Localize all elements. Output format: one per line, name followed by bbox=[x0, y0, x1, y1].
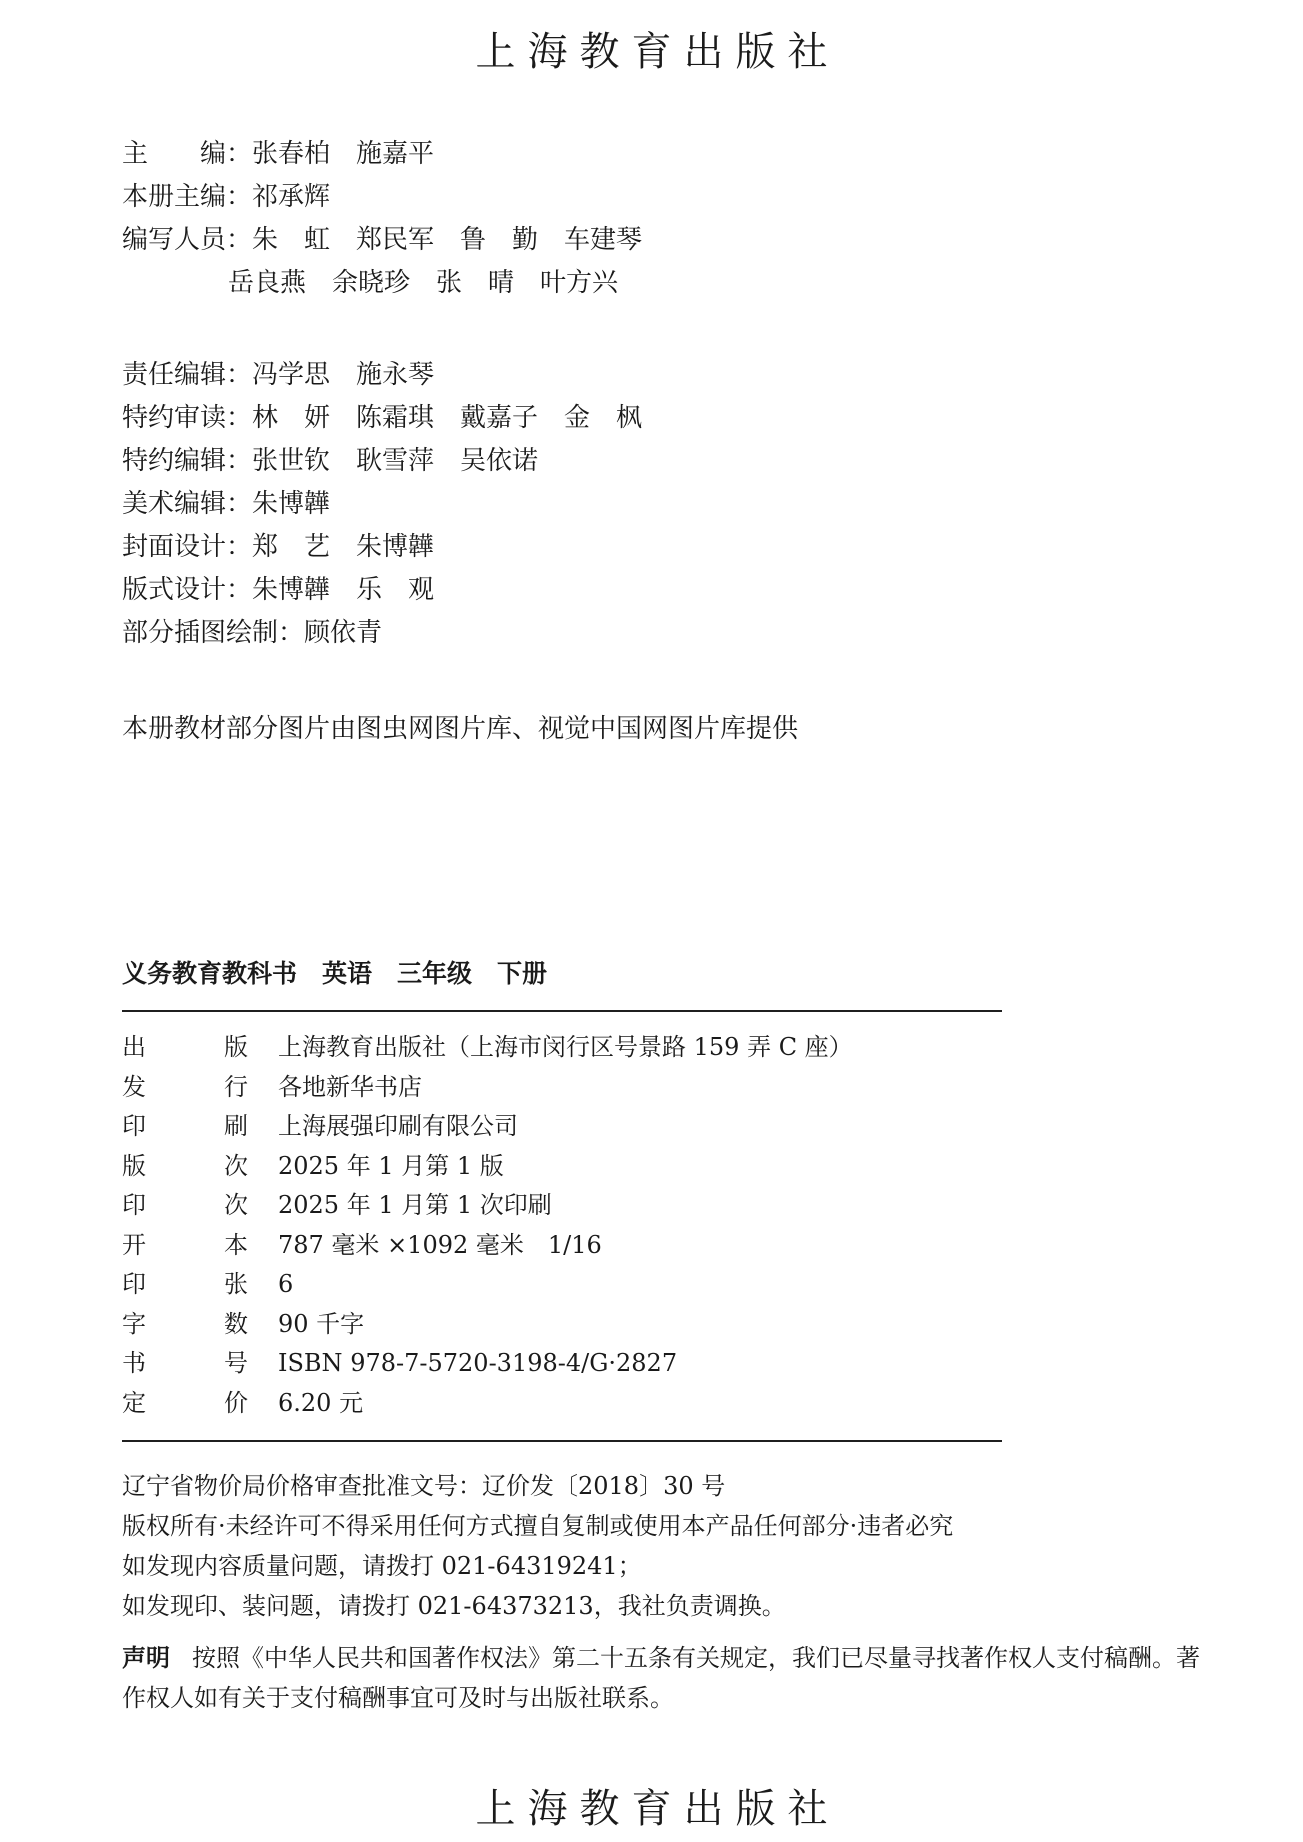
credit-line-volume-editor: 本册主编：祁承辉 bbox=[122, 176, 1303, 219]
publication-table: 出版 上海教育出版社（上海市闵行区号景路 159 弄 C 座） 发行 各地新华书… bbox=[122, 1028, 1303, 1423]
publication-value: ISBN 978-7-5720-3198-4/G·2827 bbox=[278, 1344, 677, 1384]
credit-line-illustrations: 部分插图绘制：顾依青 bbox=[122, 612, 1303, 655]
notice-content-quality-phone: 如发现内容质量问题，请拨打 021-64319241； bbox=[122, 1546, 1303, 1586]
publication-label: 印次 bbox=[122, 1186, 248, 1226]
publication-label: 版次 bbox=[122, 1147, 248, 1187]
notices-block: 辽宁省物价局价格审查批准文号：辽价发〔2018〕30 号 版权所有·未经许可不得… bbox=[122, 1466, 1303, 1626]
publication-row-impression: 印次 2025 年 1 月第 1 次印刷 bbox=[122, 1186, 1303, 1226]
credit-line-layout-design: 版式设计：朱博韡 乐 观 bbox=[122, 569, 1303, 612]
publication-value: 6 bbox=[278, 1265, 293, 1305]
notice-price-approval: 辽宁省物价局价格审查批准文号：辽价发〔2018〕30 号 bbox=[122, 1466, 1303, 1506]
publisher-footer: 上海教育出版社 bbox=[0, 1777, 1303, 1834]
publication-row-price: 定价 6.20 元 bbox=[122, 1384, 1303, 1424]
publication-row-publisher: 出版 上海教育出版社（上海市闵行区号景路 159 弄 C 座） bbox=[122, 1028, 1303, 1068]
series-title: 义务教育教科书 英语 三年级 下册 bbox=[122, 954, 1303, 990]
divider-top bbox=[122, 1010, 1002, 1012]
credit-line-art-editor: 美术编辑：朱博韡 bbox=[122, 483, 1303, 526]
notice-copyright: 版权所有·未经许可不得采用任何方式擅自复制或使用本产品任何部分·违者必究 bbox=[122, 1506, 1303, 1546]
publication-value: 787 毫米 ×1092 毫米 1/16 bbox=[278, 1226, 602, 1266]
statement-block: 声明按照《中华人民共和国著作权法》第二十五条有关规定，我们已尽量寻找著作权人支付… bbox=[122, 1638, 1212, 1718]
divider-bottom bbox=[122, 1440, 1002, 1442]
credit-line-responsible-editor: 责任编辑：冯学思 施永琴 bbox=[122, 354, 1303, 397]
publication-row-sheets: 印张 6 bbox=[122, 1265, 1303, 1305]
publication-row-distribution: 发行 各地新华书店 bbox=[122, 1068, 1303, 1108]
publication-label: 书号 bbox=[122, 1344, 248, 1384]
publication-value: 2025 年 1 月第 1 次印刷 bbox=[278, 1186, 552, 1226]
publication-label: 发行 bbox=[122, 1068, 248, 1108]
credit-line-image-sources: 本册教材部分图片由图虫网图片库、视觉中国网图片库提供 bbox=[122, 708, 1303, 751]
credit-line-cover-design: 封面设计：郑 艺 朱博韡 bbox=[122, 526, 1303, 569]
publication-label: 出版 bbox=[122, 1028, 248, 1068]
publication-row-printer: 印刷 上海展强印刷有限公司 bbox=[122, 1107, 1303, 1147]
credit-line-special-reviewers: 特约审读：林 妍 陈霜琪 戴嘉子 金 枫 bbox=[122, 397, 1303, 440]
publication-value: 6.20 元 bbox=[278, 1384, 363, 1424]
publication-row-edition: 版次 2025 年 1 月第 1 版 bbox=[122, 1147, 1303, 1187]
publication-value: 各地新华书店 bbox=[278, 1068, 422, 1108]
publication-label: 印刷 bbox=[122, 1107, 248, 1147]
publication-label: 印张 bbox=[122, 1265, 248, 1305]
colophon-page: 上海教育出版社 主 编：张春柏 施嘉平 本册主编：祁承辉 编写人员：朱 虹 郑民… bbox=[0, 0, 1303, 1842]
publication-value: 上海展强印刷有限公司 bbox=[278, 1107, 518, 1147]
credit-line-chief-editor: 主 编：张春柏 施嘉平 bbox=[122, 133, 1303, 176]
publication-value: 90 千字 bbox=[278, 1305, 364, 1345]
publication-label: 定价 bbox=[122, 1384, 248, 1424]
publication-row-format: 开本 787 毫米 ×1092 毫米 1/16 bbox=[122, 1226, 1303, 1266]
statement-text: 按照《中华人民共和国著作权法》第二十五条有关规定，我们已尽量寻找著作权人支付稿酬… bbox=[192, 1644, 1200, 1672]
credit-line-special-editors: 特约编辑：张世钦 耿雪萍 吴依诺 bbox=[122, 440, 1303, 483]
statement-line-2: 作权人如有关于支付稿酬事宜可及时与出版社联系。 bbox=[122, 1678, 1212, 1718]
publisher-header: 上海教育出版社 bbox=[0, 0, 1303, 77]
statement-line-1: 声明按照《中华人民共和国著作权法》第二十五条有关规定，我们已尽量寻找著作权人支付… bbox=[122, 1638, 1212, 1678]
publication-label: 开本 bbox=[122, 1226, 248, 1266]
notice-printing-quality-phone: 如发现印、装问题，请拨打 021-64373213，我社负责调换。 bbox=[122, 1586, 1303, 1626]
credit-line-writers-continued: 岳良燕 余晓珍 张 晴 叶方兴 bbox=[122, 262, 1303, 305]
statement-label: 声明 bbox=[122, 1644, 170, 1672]
publication-value: 2025 年 1 月第 1 版 bbox=[278, 1147, 504, 1187]
publication-row-wordcount: 字数 90 千字 bbox=[122, 1305, 1303, 1345]
credits-block: 主 编：张春柏 施嘉平 本册主编：祁承辉 编写人员：朱 虹 郑民军 鲁 勤 车建… bbox=[122, 133, 1303, 751]
publication-row-isbn: 书号 ISBN 978-7-5720-3198-4/G·2827 bbox=[122, 1344, 1303, 1384]
publication-label: 字数 bbox=[122, 1305, 248, 1345]
credit-line-writers: 编写人员：朱 虹 郑民军 鲁 勤 车建琴 bbox=[122, 219, 1303, 262]
publication-value: 上海教育出版社（上海市闵行区号景路 159 弄 C 座） bbox=[278, 1028, 853, 1068]
